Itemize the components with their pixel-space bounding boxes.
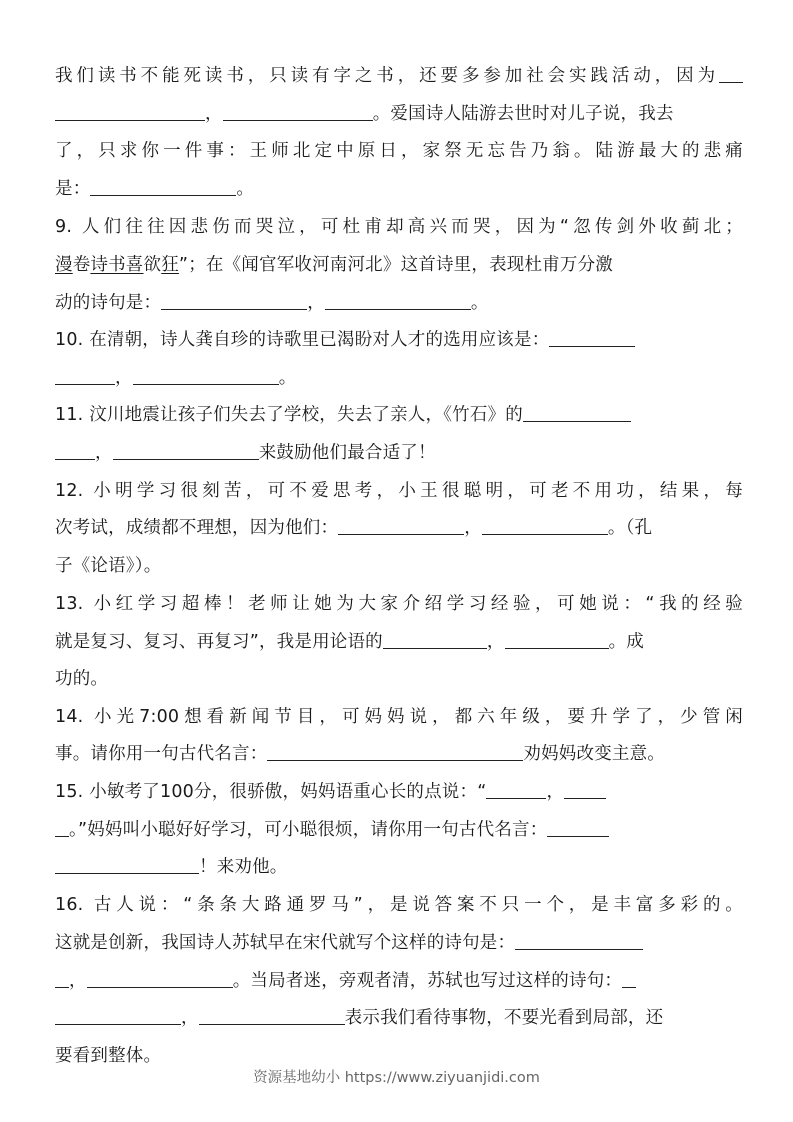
text-line: 12. 小明学习很刻苦，可不爱思考，小王很聪明，可老不用功，结果，每 xyxy=(55,476,743,506)
line-text: 13. 小红学习超棒！老师让她为大家介绍学习经验，可她说：“我的经验 xyxy=(55,594,743,614)
line-text: ， xyxy=(464,518,482,538)
text-line: 。”妈妈叫小聪好好学习，可小聪很烦，请你用一句古代名言： xyxy=(55,815,743,845)
text-line: 16. 古人说：“条条大路通罗马”，是说答案不只一个，是丰富多彩的。 xyxy=(55,890,743,920)
answer-blank[interactable] xyxy=(199,1004,345,1025)
answer-blank[interactable] xyxy=(55,100,205,121)
line-text: 就是复习、复习、再复习”，我是用论语的 xyxy=(55,632,383,652)
answer-blank[interactable] xyxy=(482,514,608,535)
answer-blank[interactable] xyxy=(161,289,307,310)
answer-blank[interactable] xyxy=(55,1004,181,1025)
text-line: 动的诗句是：，。 xyxy=(55,288,743,318)
line-text: 。成 xyxy=(609,632,644,652)
line-text: 卷 xyxy=(73,255,91,275)
answer-blank[interactable] xyxy=(133,364,279,385)
answer-blank[interactable] xyxy=(55,364,115,385)
line-text: 。”妈妈叫小聪好好学习，可小聪很烦，请你用一句古代名言： xyxy=(69,820,547,840)
line-text: 欲 xyxy=(144,255,162,275)
text-line: 13. 小红学习超棒！老师让她为大家介绍学习经验，可她说：“我的经验 xyxy=(55,589,743,619)
answer-blank[interactable] xyxy=(87,967,233,988)
line-text: 9. 人们往往因悲伤而哭泣，可杜甫却高兴而哭，因为“忽传剑外收蓟北； xyxy=(55,217,743,237)
line-text: ， xyxy=(69,971,87,991)
worksheet-page: 我们读书不能死读书，只读有字之书，还要多参加社会实践活动，因为，。爱国诗人陆游去… xyxy=(0,0,793,1122)
line-text: 动的诗句是： xyxy=(55,293,161,313)
line-text: 了，只求你一件事：王师北定中原日，家祭无忘告乃翁。陆游最大的悲痛 xyxy=(55,141,743,161)
line-text: ， xyxy=(487,632,505,652)
answer-blank[interactable] xyxy=(113,439,259,460)
answer-blank[interactable] xyxy=(325,289,471,310)
text-line: 子《论语》）。 xyxy=(55,551,743,581)
text-line: ！来劝他。 xyxy=(55,852,743,882)
line-text: 要看到整体。 xyxy=(55,1046,161,1066)
underlined-text: 狂 xyxy=(161,255,179,275)
line-text: 11. 汶川地震让孩子们失去了学校，失去了亲人，《竹石》的 xyxy=(55,405,523,425)
line-text: ”；在《闻官军收河南河北》这首诗里，表现杜甫万分激 xyxy=(179,255,613,275)
line-text: 10. 在清朝，诗人龚自珍的诗歌里已渴盼对人才的选用应该是： xyxy=(55,330,549,350)
line-text: 劝妈妈改变主意。 xyxy=(523,744,665,764)
line-text: 。爱国诗人陆游去世时对儿子说，我去 xyxy=(373,104,674,124)
text-line: 10. 在清朝，诗人龚自珍的诗歌里已渴盼对人才的选用应该是： xyxy=(55,325,743,355)
line-text: ， xyxy=(95,443,113,463)
answer-blank[interactable] xyxy=(505,628,609,649)
text-line: ，。当局者迷，旁观者清，苏轼也写过这样的诗句： xyxy=(55,966,743,996)
answer-blank[interactable] xyxy=(55,967,69,988)
answer-blank[interactable] xyxy=(719,62,743,83)
text-line: 漫卷诗书喜欲狂”；在《闻官军收河南河北》这首诗里，表现杜甫万分激 xyxy=(55,250,743,280)
answer-blank[interactable] xyxy=(486,778,546,799)
line-text: 来鼓励他们最合适了！ xyxy=(259,443,436,463)
answer-blank[interactable] xyxy=(383,628,487,649)
line-text: 。 xyxy=(279,368,297,388)
line-text: 。当局者迷，旁观者清，苏轼也写过这样的诗句： xyxy=(233,971,622,991)
text-line: ，。 xyxy=(55,363,743,393)
text-line: 就是复习、复习、再复习”，我是用论语的，。成 xyxy=(55,627,743,657)
text-line: 是：。 xyxy=(55,174,743,204)
line-text: 。 xyxy=(236,179,254,199)
underlined-text: 漫 xyxy=(55,255,73,275)
text-line: 次考试，成绩都不理想，因为他们：，。（孔 xyxy=(55,513,743,543)
text-line: 14. 小光7:00想看新闻节目，可妈妈说，都六年级，要升学了，少管闲 xyxy=(55,702,743,732)
line-text: 12. 小明学习很刻苦，可不爱思考，小王很聪明，可老不用功，结果，每 xyxy=(55,481,743,501)
answer-blank[interactable] xyxy=(549,326,635,347)
answer-blank[interactable] xyxy=(564,778,606,799)
text-line: ，表示我们看待事物，不要光看到局部，还 xyxy=(55,1003,743,1033)
text-line: 这就是创新，我国诗人苏轼早在宋代就写个这样的诗句是： xyxy=(55,928,743,958)
line-text: 14. 小光7:00想看新闻节目，可妈妈说，都六年级，要升学了，少管闲 xyxy=(55,707,743,727)
answer-blank[interactable] xyxy=(90,175,236,196)
answer-blank[interactable] xyxy=(622,967,636,988)
line-text: 事。请你用一句古代名言： xyxy=(55,744,267,764)
footer-watermark: 资源基地幼小 https://www.ziyuanjidi.com xyxy=(0,1066,793,1087)
line-text: ， xyxy=(546,782,564,802)
line-text: ， xyxy=(181,1008,199,1028)
answer-blank[interactable] xyxy=(223,100,373,121)
text-line: ，来鼓励他们最合适了！ xyxy=(55,438,743,468)
line-text: ， xyxy=(115,368,133,388)
text-line: 功的。 xyxy=(55,664,743,694)
line-text: ， xyxy=(307,293,325,313)
line-text: 。（孔 xyxy=(608,518,652,538)
text-line: 11. 汶川地震让孩子们失去了学校，失去了亲人，《竹石》的 xyxy=(55,400,743,430)
line-text: 功的。 xyxy=(55,669,108,689)
answer-blank[interactable] xyxy=(55,439,95,460)
line-text: 表示我们看待事物，不要光看到局部，还 xyxy=(345,1008,664,1028)
line-text: ， xyxy=(205,104,223,124)
line-text: 15. 小敏考了100分，很骄傲，妈妈语重心长的点说：“ xyxy=(55,782,486,802)
answer-blank[interactable] xyxy=(267,740,523,761)
text-line: 事。请你用一句古代名言：劝妈妈改变主意。 xyxy=(55,739,743,769)
answer-blank[interactable] xyxy=(515,929,643,950)
underlined-text: 诗书喜 xyxy=(90,255,143,275)
line-text: 我们读书不能死读书，只读有字之书，还要多参加社会实践活动，因为 xyxy=(55,66,719,86)
text-line: 9. 人们往往因悲伤而哭泣，可杜甫却高兴而哭，因为“忽传剑外收蓟北； xyxy=(55,212,743,242)
text-line: 了，只求你一件事：王师北定中原日，家祭无忘告乃翁。陆游最大的悲痛 xyxy=(55,136,743,166)
answer-blank[interactable] xyxy=(55,853,199,874)
line-text: 16. 古人说：“条条大路通罗马”，是说答案不只一个，是丰富多彩的。 xyxy=(55,895,743,915)
answer-blank[interactable] xyxy=(55,816,69,837)
answer-blank[interactable] xyxy=(547,816,609,837)
text-line: 我们读书不能死读书，只读有字之书，还要多参加社会实践活动，因为 xyxy=(55,61,743,91)
answer-blank[interactable] xyxy=(338,514,464,535)
text-line: 15. 小敏考了100分，很骄傲，妈妈语重心长的点说：“， xyxy=(55,777,743,807)
line-text: 是： xyxy=(55,179,90,199)
line-text: 。 xyxy=(471,293,489,313)
line-text: 子《论语》）。 xyxy=(55,556,161,576)
line-text: ！来劝他。 xyxy=(199,857,288,877)
line-text: 次考试，成绩都不理想，因为他们： xyxy=(55,518,338,538)
text-line: ，。爱国诗人陆游去世时对儿子说，我去 xyxy=(55,99,743,129)
line-text: 这就是创新，我国诗人苏轼早在宋代就写个这样的诗句是： xyxy=(55,933,515,953)
answer-blank[interactable] xyxy=(523,401,631,422)
